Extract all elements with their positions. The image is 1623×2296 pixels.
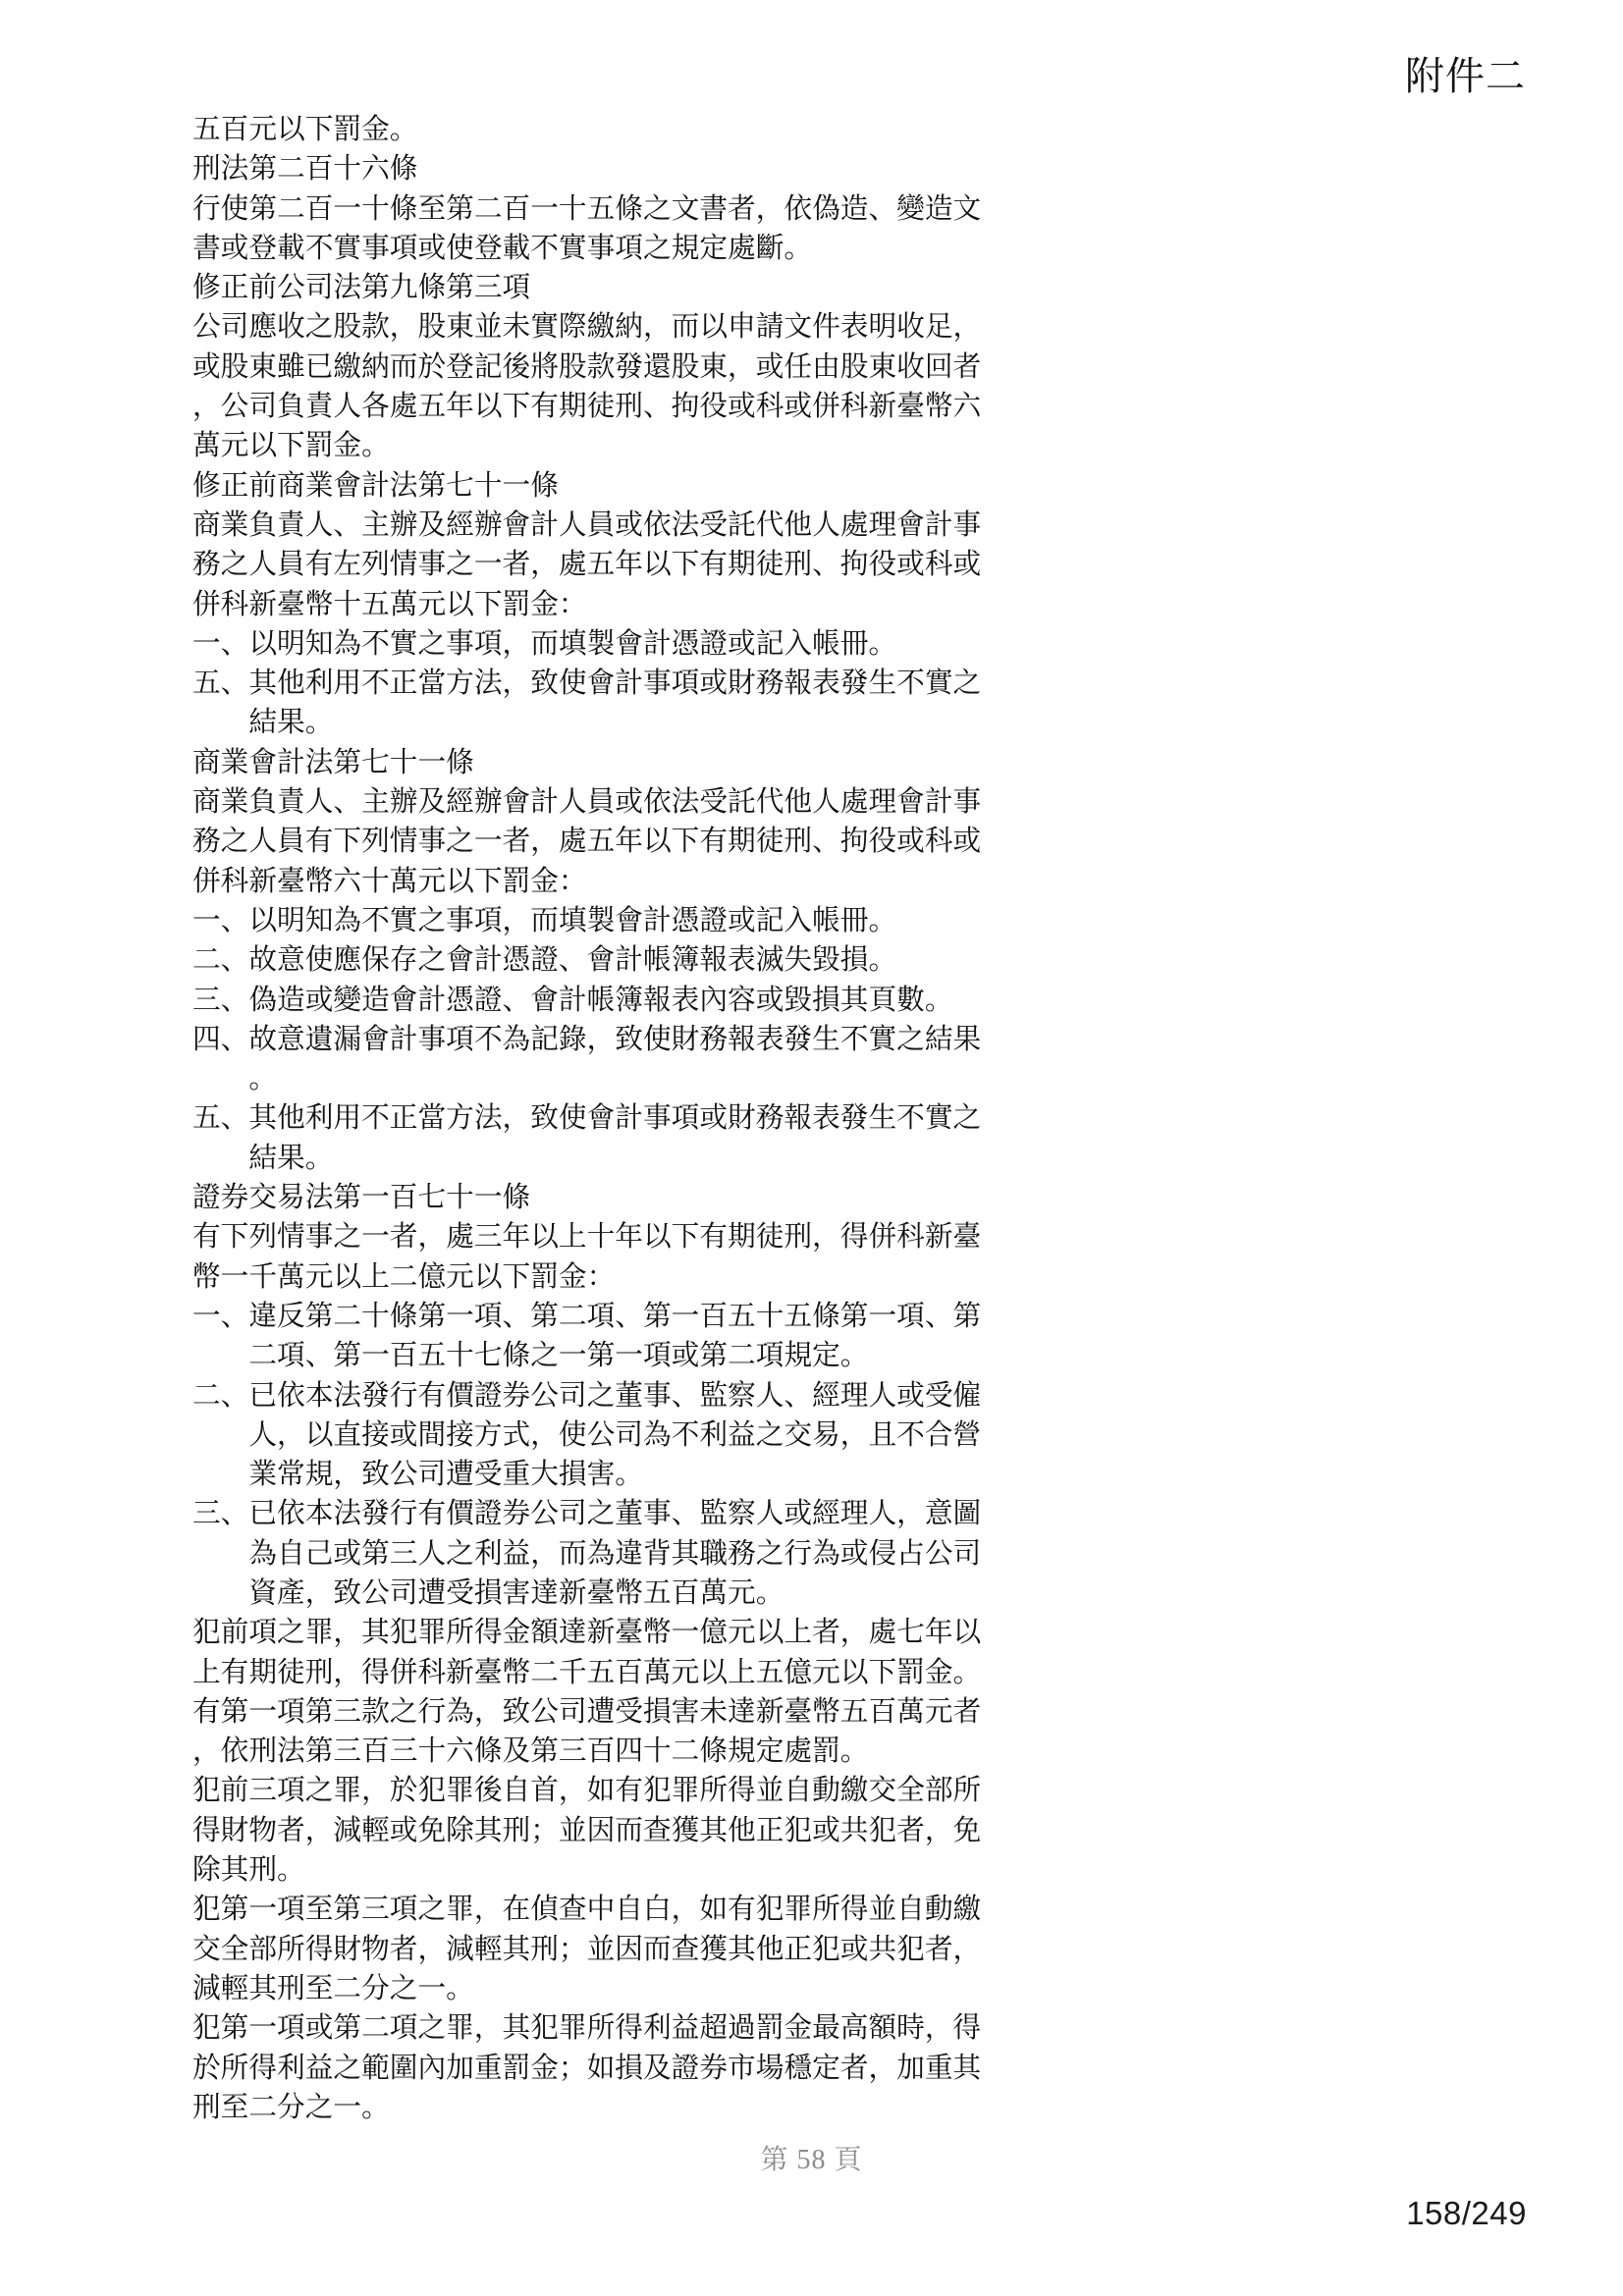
text-line: 務之人員有下列情事之一者，處五年以下有期徒刑、拘役或科或 <box>192 822 1037 861</box>
text-line: 上有期徒刑，得併科新臺幣二千五百萬元以上五億元以下罰金。 <box>192 1653 1037 1692</box>
text-line: 犯前三項之罪，於犯罪後自首，如有犯罪所得並自動繳交全部所 <box>192 1771 1037 1810</box>
text-line: 三、已依本法發行有價證券公司之董事、監察人或經理人，意圖 <box>192 1494 1037 1533</box>
text-line: 一、違反第二十條第一項、第二項、第一百五十五條第一項、第 <box>192 1297 1037 1336</box>
text-line: 二項、第一百五十七條之一第一項或第二項規定。 <box>192 1336 1037 1375</box>
text-line: 一、以明知為不實之事項，而填製會計憑證或記入帳冊。 <box>192 624 1037 664</box>
text-line: 五、其他利用不正當方法，致使會計事項或財務報表發生不實之 <box>192 1098 1037 1138</box>
text-line: 行使第二百一十條至第二百一十五條之文書者，依偽造、變造文 <box>192 189 1037 229</box>
text-line: 商業會計法第七十一條 <box>192 743 1037 782</box>
text-line: 刑至二分之一。 <box>192 2088 1037 2127</box>
text-line: 幣一千萬元以上二億元以下罰金： <box>192 1257 1037 1297</box>
text-line: 業常規，致公司遭受重大損害。 <box>192 1455 1037 1494</box>
attachment-label: 附件二 <box>1405 55 1526 98</box>
text-line: 併科新臺幣六十萬元以下罰金： <box>192 862 1037 901</box>
text-line: 公司應收之股款，股東並未實際繳納，而以申請文件表明收足， <box>192 307 1037 347</box>
text-line: 資產，致公司遭受損害達新臺幣五百萬元。 <box>192 1574 1037 1613</box>
text-line: 有下列情事之一者，處三年以上十年以下有期徒刑，得併科新臺 <box>192 1217 1037 1256</box>
text-line: 交全部所得財物者，減輕其刑；並因而查獲其他正犯或共犯者， <box>192 1930 1037 1969</box>
document-page: 附件二 五百元以下罰金。刑法第二百十六條行使第二百一十條至第二百一十五條之文書者… <box>0 0 1623 2296</box>
pdf-page-indicator: 158/249 <box>1406 2197 1527 2229</box>
text-line: 修正前公司法第九條第三項 <box>192 268 1037 307</box>
text-line: ，公司負責人各處五年以下有期徒刑、拘役或科或併科新臺幣六 <box>192 387 1037 426</box>
text-line: 犯前項之罪，其犯罪所得金額達新臺幣一億元以上者，處七年以 <box>192 1613 1037 1652</box>
text-line: 務之人員有左列情事之一者，處五年以下有期徒刑、拘役或科或 <box>192 545 1037 584</box>
text-line: 為自己或第三人之利益，而為違背其職務之行為或侵占公司 <box>192 1534 1037 1574</box>
text-line: 有第一項第三款之行為，致公司遭受損害未達新臺幣五百萬元者 <box>192 1692 1037 1732</box>
text-line: 於所得利益之範圍內加重罰金；如損及證券市場穩定者，加重其 <box>192 2049 1037 2088</box>
text-line: 併科新臺幣十五萬元以下罰金： <box>192 585 1037 624</box>
text-line: 除其刑。 <box>192 1850 1037 1890</box>
text-line: 人，以直接或間接方式，使公司為不利益之交易，且不合營 <box>192 1415 1037 1455</box>
text-line: 三、偽造或變造會計憑證、會計帳簿報表內容或毀損其頁數。 <box>192 981 1037 1020</box>
text-line: 一、以明知為不實之事項，而填製會計憑證或記入帳冊。 <box>192 901 1037 940</box>
document-body-text: 五百元以下罰金。刑法第二百十六條行使第二百一十條至第二百一十五條之文書者，依偽造… <box>192 110 1037 2127</box>
text-line: 四、故意遺漏會計事項不為記錄，致使財務報表發生不實之結果 <box>192 1020 1037 1059</box>
text-line: 五、其他利用不正當方法，致使會計事項或財務報表發生不實之 <box>192 664 1037 703</box>
text-line: 犯第一項或第二項之罪，其犯罪所得利益超過罰金最高額時，得 <box>192 2008 1037 2048</box>
text-line: 刑法第二百十六條 <box>192 149 1037 188</box>
text-line: 結果。 <box>192 1139 1037 1178</box>
text-line: 或股東雖已繳納而於登記後將股款發還股東，或任由股東收回者 <box>192 347 1037 387</box>
text-line: 二、已依本法發行有價證券公司之董事、監察人、經理人或受僱 <box>192 1376 1037 1415</box>
text-line: 五百元以下罰金。 <box>192 110 1037 149</box>
text-line: 商業負責人、主辦及經辦會計人員或依法受託代他人處理會計事 <box>192 782 1037 822</box>
text-line: ，依刑法第三百三十六條及第三百四十二條規定處罰。 <box>192 1732 1037 1771</box>
text-line: 結果。 <box>192 703 1037 742</box>
text-line: 證券交易法第一百七十一條 <box>192 1178 1037 1217</box>
text-line: 修正前商業會計法第七十一條 <box>192 466 1037 506</box>
text-line: 商業負責人、主辦及經辦會計人員或依法受託代他人處理會計事 <box>192 506 1037 545</box>
text-line: 萬元以下罰金。 <box>192 426 1037 465</box>
text-line: 二、故意使應保存之會計憑證、會計帳簿報表滅失毀損。 <box>192 940 1037 980</box>
text-line: 減輕其刑至二分之一。 <box>192 1969 1037 2008</box>
footer-page-number: 第 58 頁 <box>0 2144 1623 2177</box>
text-line: 。 <box>192 1059 1037 1098</box>
text-line: 書或登載不實事項或使登載不實事項之規定處斷。 <box>192 229 1037 268</box>
text-line: 得財物者，減輕或免除其刑；並因而查獲其他正犯或共犯者，免 <box>192 1811 1037 1850</box>
text-line: 犯第一項至第三項之罪，在偵查中自白，如有犯罪所得並自動繳 <box>192 1890 1037 1929</box>
